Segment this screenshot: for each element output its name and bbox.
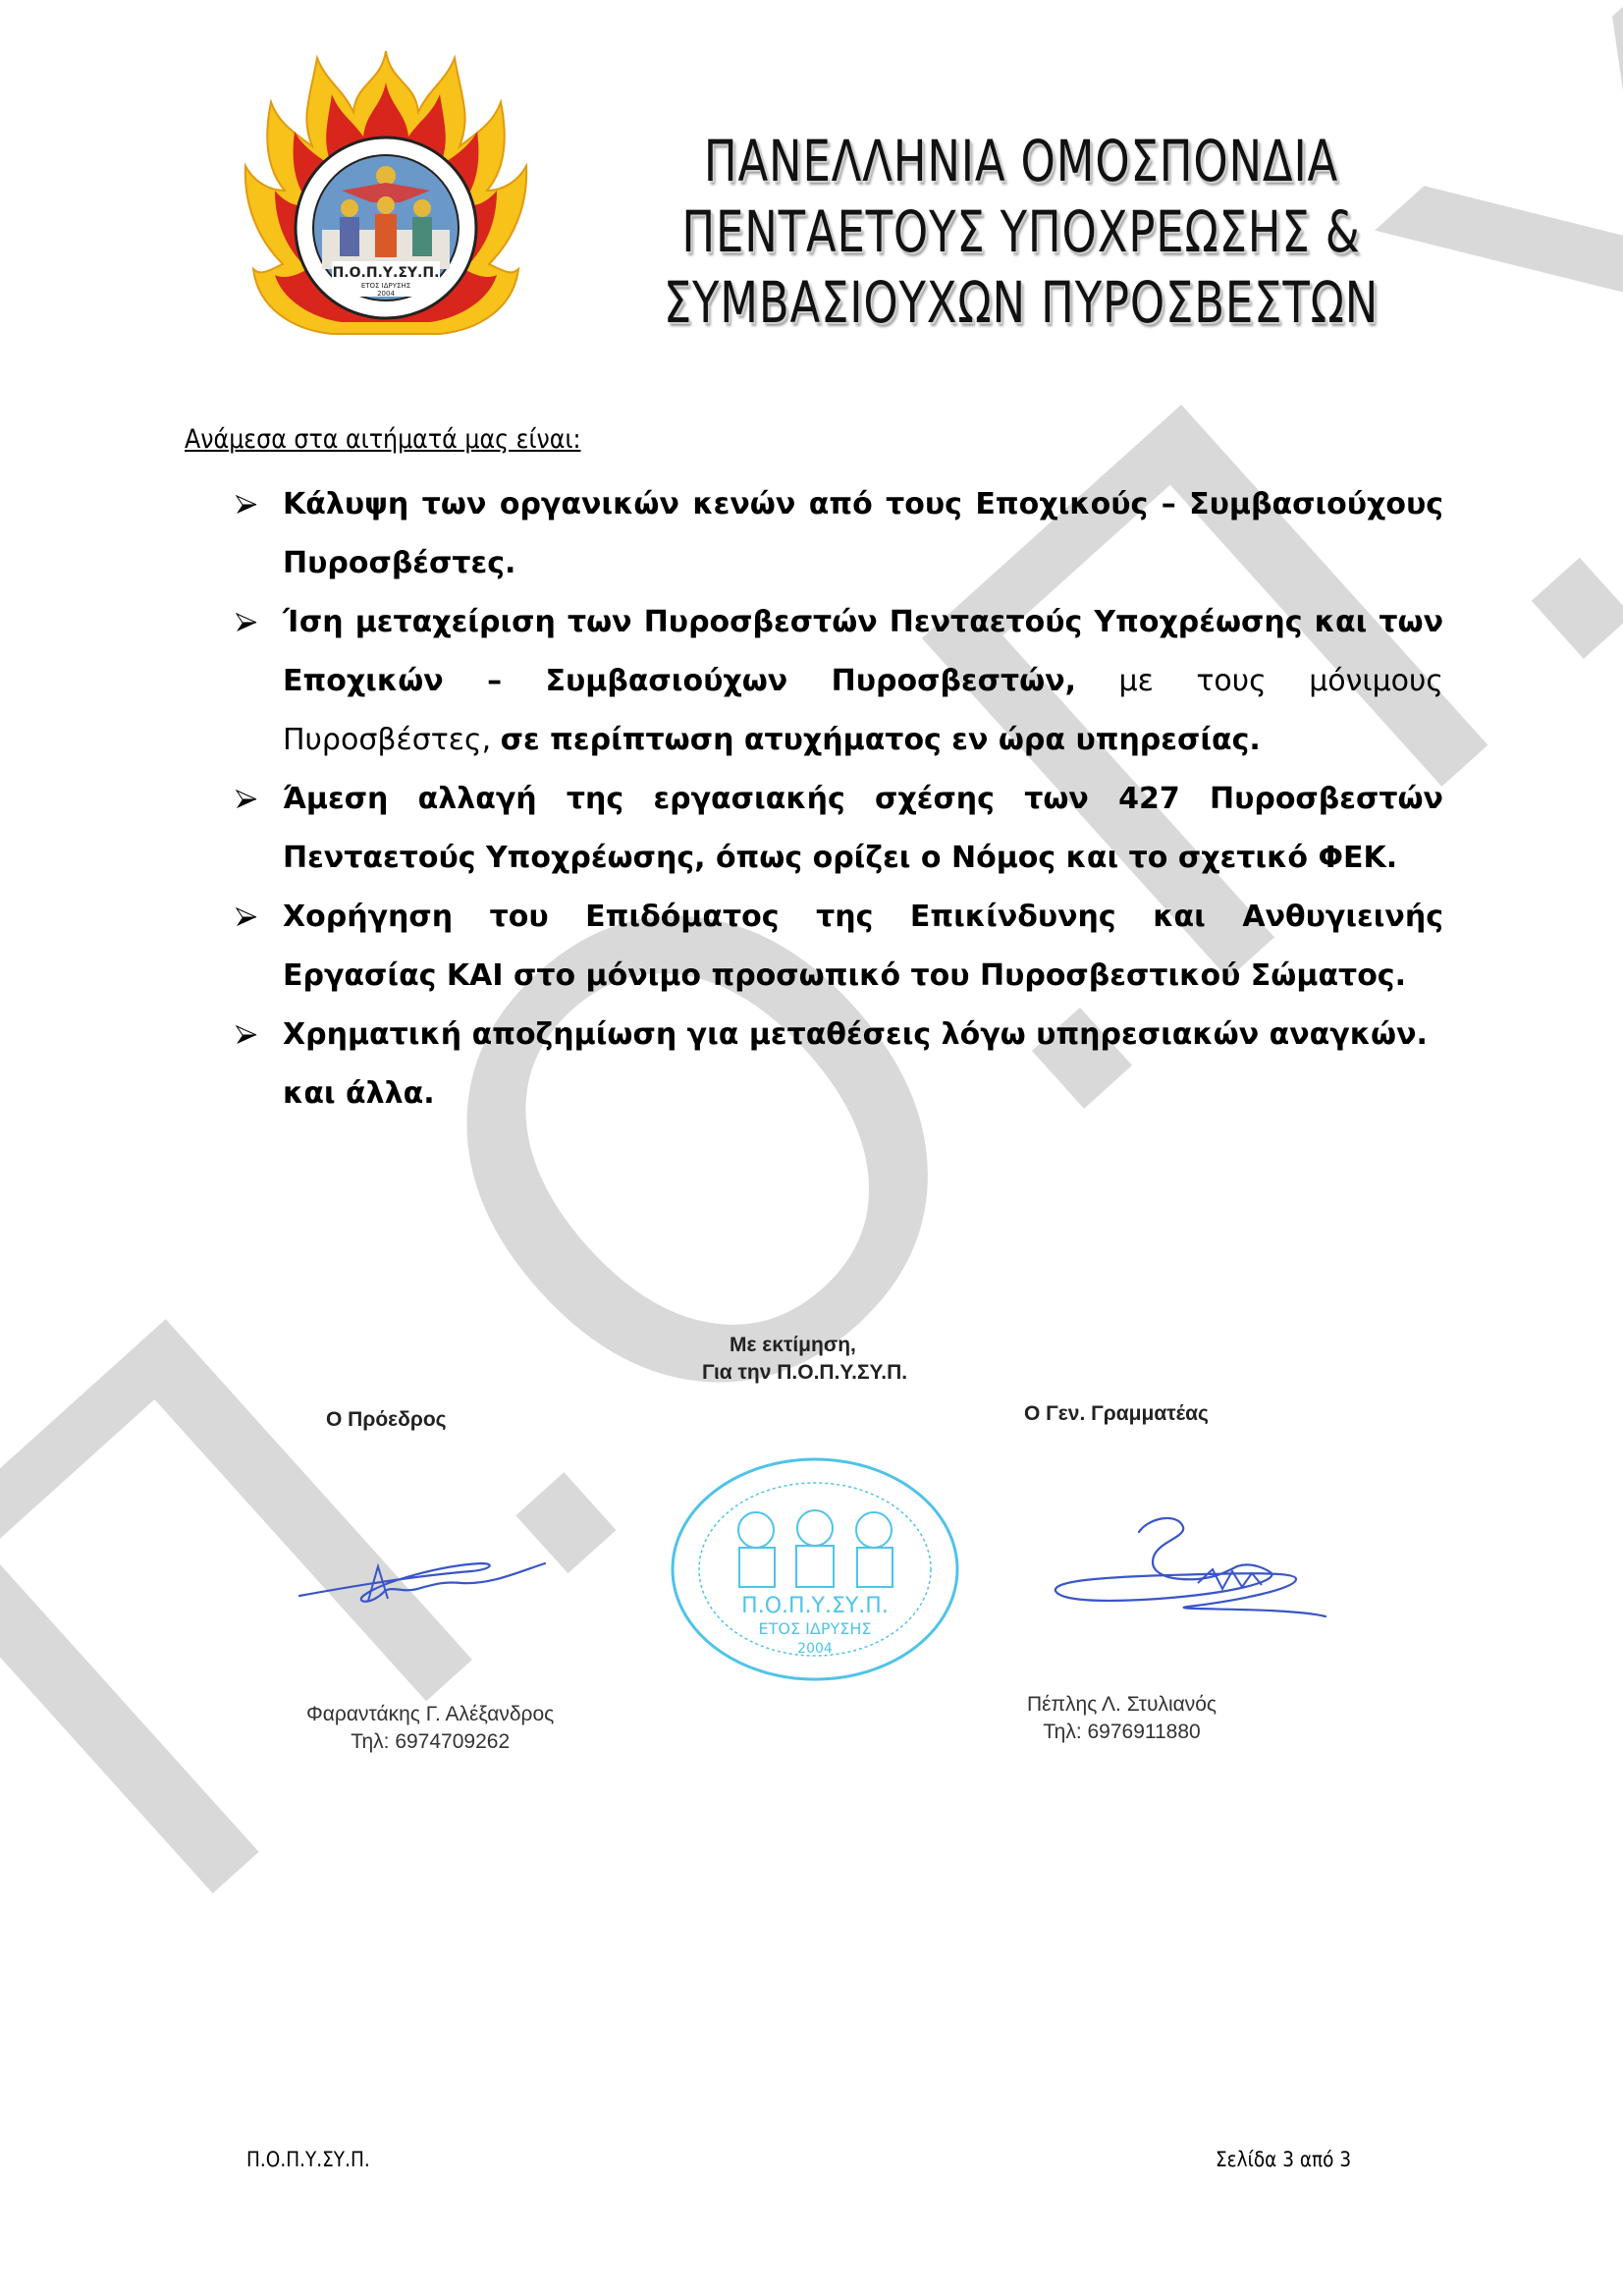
secretary-name: Πέπλης Λ. Στυλιανός xyxy=(1027,1691,1217,1719)
list-item: Χρηματική αποζημίωση για μεταθέσεις λόγω… xyxy=(236,1006,1443,1065)
title-line-2: ΠΕΝΤΑΕΤΟΥΣ ΥΠΟΧΡΕΩΣΗΣ & xyxy=(616,196,1427,267)
president-role: Ο Πρόεδρος xyxy=(326,1408,447,1432)
arrow-bullet-icon xyxy=(236,790,257,809)
arrow-bullet-icon xyxy=(236,495,257,515)
svg-text:ΕΤΟΣ ΙΔΡΥΣΗΣ: ΕΤΟΣ ΙΔΡΥΣΗΣ xyxy=(361,282,410,290)
arrow-bullet-icon xyxy=(236,1025,257,1045)
closing-org: Για την Π.Ο.Π.Υ.ΣΥ.Π. xyxy=(702,1359,907,1387)
secretary-signature xyxy=(1041,1512,1335,1630)
footer-org: Π.Ο.Π.Υ.ΣΥ.Π. xyxy=(246,2148,370,2171)
president-name: Φαραντάκης Γ. Αλέξανδρος xyxy=(306,1701,554,1728)
president-signature xyxy=(295,1542,550,1611)
secretary-phone: Τηλ: 6976911880 xyxy=(1027,1719,1217,1746)
list-item: Κάλυψη των οργανικών κενών από τους Εποχ… xyxy=(236,475,1443,593)
secretary-name-block: Πέπλης Λ. Στυλιανός Τηλ: 6976911880 xyxy=(1027,1691,1217,1746)
logo-label: Π.Ο.Π.Υ.ΣΥ.Π. xyxy=(333,265,440,281)
page-number: Σελίδα 3 από 3 xyxy=(1216,2148,1351,2171)
title-line-3: ΣΥΜΒΑΣΙΟΥΧΩΝ ΠΥΡΟΣΒΕΣΤΩΝ xyxy=(616,267,1427,338)
list-tail: και άλλα. xyxy=(236,1065,1443,1123)
secretary-role: Ο Γεν. Γραμματέας xyxy=(1024,1402,1209,1426)
stamp-label: Π.Ο.Π.Υ.ΣΥ.Π. xyxy=(741,1594,889,1618)
president-phone: Τηλ: 6974709262 xyxy=(306,1728,554,1756)
svg-text:2004: 2004 xyxy=(797,1641,833,1657)
demands-intro: Ανάμεσα στα αιτήματά μας είναι: xyxy=(185,424,581,455)
president-name-block: Φαραντάκης Γ. Αλέξανδρος Τηλ: 6974709262 xyxy=(306,1701,554,1756)
svg-text:2004: 2004 xyxy=(377,290,395,298)
title-line-1: ΠΑΝΕΛΛΗΝΙΑ ΟΜΟΣΠΟΝΔΙΑ xyxy=(616,126,1427,196)
list-item: Χορήγηση του Επιδόματος της Επικίνδυνης … xyxy=(236,888,1443,1006)
closing-greeting: Με εκτίμηση, xyxy=(702,1332,907,1359)
arrow-bullet-icon xyxy=(236,907,257,927)
demands-list: Κάλυψη των οργανικών κενών από τους Εποχ… xyxy=(236,475,1443,1123)
svg-text:ΕΤΟΣ ΙΔΡΥΣΗΣ: ΕΤΟΣ ΙΔΡΥΣΗΣ xyxy=(758,1619,871,1638)
closing-block: Με εκτίμηση, Για την Π.Ο.Π.Υ.ΣΥ.Π. xyxy=(702,1332,907,1387)
list-item: Άμεση αλλαγή της εργασιακής σχέσης των 4… xyxy=(236,770,1443,888)
official-stamp: Π.Ο.Π.Υ.ΣΥ.Π. ΕΤΟΣ ΙΔΡΥΣΗΣ 2004 xyxy=(663,1451,967,1687)
watermark: Π.Ο.Π.Υ.ΣΥ.Π. xyxy=(0,0,1623,2296)
arrow-bullet-icon xyxy=(236,613,257,632)
federation-logo: Π.Ο.Π.Υ.ΣΥ.Π. ΕΤΟΣ ΙΔΡΥΣΗΣ 2004 xyxy=(243,43,528,338)
list-item: Ίση μεταχείριση των Πυροσβεστών Πενταετο… xyxy=(236,593,1443,770)
federation-title: ΠΑΝΕΛΛΗΝΙΑ ΟΜΟΣΠΟΝΔΙΑ ΠΕΝΤΑΕΤΟΥΣ ΥΠΟΧΡΕΩ… xyxy=(616,126,1427,338)
